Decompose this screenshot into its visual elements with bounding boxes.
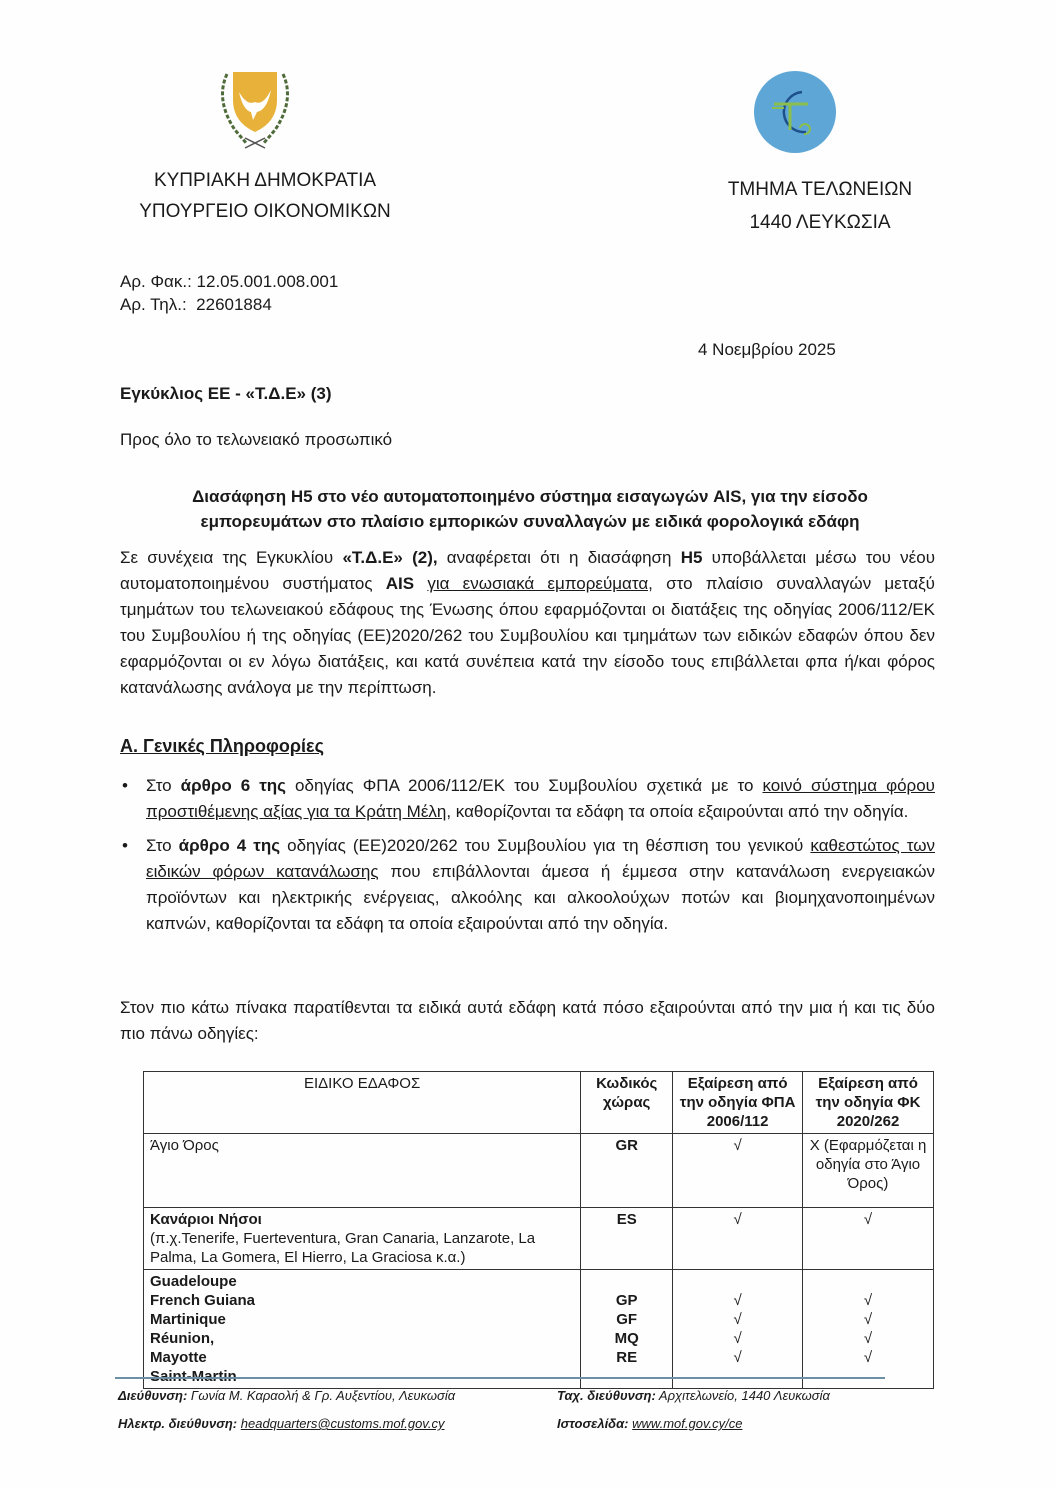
email-link[interactable]: headquarters@customs.mof.gov.cy bbox=[241, 1416, 445, 1431]
vat-cell: √ bbox=[673, 1208, 803, 1270]
file-reference: Αρ. Φακ.: 12.05.001.008.001 bbox=[120, 270, 338, 293]
ministry-line-2: ΥΠΟΥΡΓΕΙΟ ΟΙΚΟΝΟΜΙΚΩΝ bbox=[120, 196, 410, 227]
recipient-line: Προς όλο το τελωνειακό προσωπικό bbox=[120, 430, 392, 450]
code-cell: GPGFMQRE bbox=[581, 1270, 673, 1389]
vat-cell: √ bbox=[673, 1134, 803, 1208]
excise-cell: √ bbox=[803, 1208, 934, 1270]
document-date: 4 Νοεμβρίου 2025 bbox=[698, 340, 836, 360]
special-territories-table: ΕΙΔΙΚΟ ΕΔΑΦΟΣ Κωδικός χώρας Εξαίρεση από… bbox=[143, 1071, 934, 1389]
vat-cell: √√√√ bbox=[673, 1270, 803, 1389]
department-line-1: ΤΜΗΜΑ ΤΕΛΩΝΕΙΩΝ bbox=[720, 173, 920, 206]
document-title: Διασάφηση Η5 στο νέο αυτοματοποιημένο σύ… bbox=[120, 484, 940, 534]
footer-divider bbox=[115, 1377, 885, 1379]
intro-paragraph: Σε συνέχεια της Εγκυκλίου «Τ.Δ.Ε» (2), α… bbox=[120, 545, 935, 701]
territory-cell: GuadeloupeFrench GuianaMartiniqueRéunion… bbox=[144, 1270, 581, 1389]
code-cell: ES bbox=[581, 1208, 673, 1270]
table-row: Άγιο Όρος GR √ Χ (Εφαρμόζεται η οδηγία σ… bbox=[144, 1134, 934, 1208]
table-intro-paragraph: Στον πιο κάτω πίνακα παρατίθενται τα ειδ… bbox=[120, 995, 935, 1047]
department-header: ΤΜΗΜΑ ΤΕΛΩΝΕΙΩΝ 1440 ΛΕΥΚΩΣΙΑ bbox=[720, 173, 920, 239]
code-cell: GR bbox=[581, 1134, 673, 1208]
territory-cell: Κανάριοι Νήσοι(π.χ.Tenerife, Fuerteventu… bbox=[144, 1208, 581, 1270]
column-header-excise: Εξαίρεση από την οδηγία ΦΚ 2020/262 bbox=[803, 1072, 934, 1134]
column-header-vat: Εξαίρεση από την οδηγία ΦΠΑ 2006/112 bbox=[673, 1072, 803, 1134]
department-line-2: 1440 ΛΕΥΚΩΣΙΑ bbox=[720, 206, 920, 239]
column-header-code: Κωδικός χώρας bbox=[581, 1072, 673, 1134]
circular-number: Εγκύκλιος ΕΕ - «Τ.Δ.Ε» (3) bbox=[120, 384, 332, 404]
bullet-item: Στο άρθρο 6 της οδηγίας ΦΠΑ 2006/112/ΕΚ … bbox=[146, 773, 935, 825]
footer-email: Ηλεκτρ. διεύθυνση: headquarters@customs.… bbox=[118, 1416, 444, 1431]
excise-cell: √√√√ bbox=[803, 1270, 934, 1389]
website-link[interactable]: www.mof.gov.cy/ce bbox=[632, 1416, 742, 1431]
section-a-bullets: Στο άρθρο 6 της οδηγίας ΦΠΑ 2006/112/ΕΚ … bbox=[120, 773, 935, 945]
ministry-line-1: ΚΥΠΡΙΑΚΗ ΔΗΜΟΚΡΑΤΙΑ bbox=[120, 165, 410, 196]
ministry-header: ΚΥΠΡΙΑΚΗ ΔΗΜΟΚΡΑΤΙΑ ΥΠΟΥΡΓΕΙΟ ΟΙΚΟΝΟΜΙΚΩ… bbox=[120, 165, 410, 227]
footer-website: Ιστοσελίδα: www.mof.gov.cy/ce bbox=[557, 1416, 742, 1431]
column-header-territory: ΕΙΔΙΚΟ ΕΔΑΦΟΣ bbox=[144, 1072, 581, 1134]
table-header-row: ΕΙΔΙΚΟ ΕΔΑΦΟΣ Κωδικός χώρας Εξαίρεση από… bbox=[144, 1072, 934, 1134]
bullet-item: Στο άρθρο 4 της οδηγίας (ΕΕ)2020/262 του… bbox=[146, 833, 935, 937]
footer-postal: Ταχ. διεύθυνση: Αρχιτελωνείο, 1440 Λευκω… bbox=[557, 1388, 830, 1403]
table-row: Κανάριοι Νήσοι(π.χ.Tenerife, Fuerteventu… bbox=[144, 1208, 934, 1270]
excise-cell: Χ (Εφαρμόζεται η οδηγία στο Άγιο Όρος) bbox=[803, 1134, 934, 1208]
territory-cell: Άγιο Όρος bbox=[144, 1134, 581, 1208]
phone-reference: Αρ. Τηλ.: 22601884 bbox=[120, 293, 338, 316]
table-row: GuadeloupeFrench GuianaMartiniqueRéunion… bbox=[144, 1270, 934, 1389]
customs-department-logo bbox=[750, 70, 840, 155]
reference-block: Αρ. Φακ.: 12.05.001.008.001 Αρ. Τηλ.: 22… bbox=[120, 270, 338, 316]
footer-address: Διεύθυνση: Γωνία Μ. Καραολή & Γρ. Αυξεντ… bbox=[118, 1388, 455, 1403]
cyprus-coat-of-arms-logo bbox=[205, 70, 305, 152]
section-a-heading: Α. Γενικές Πληροφορίες bbox=[120, 736, 324, 757]
